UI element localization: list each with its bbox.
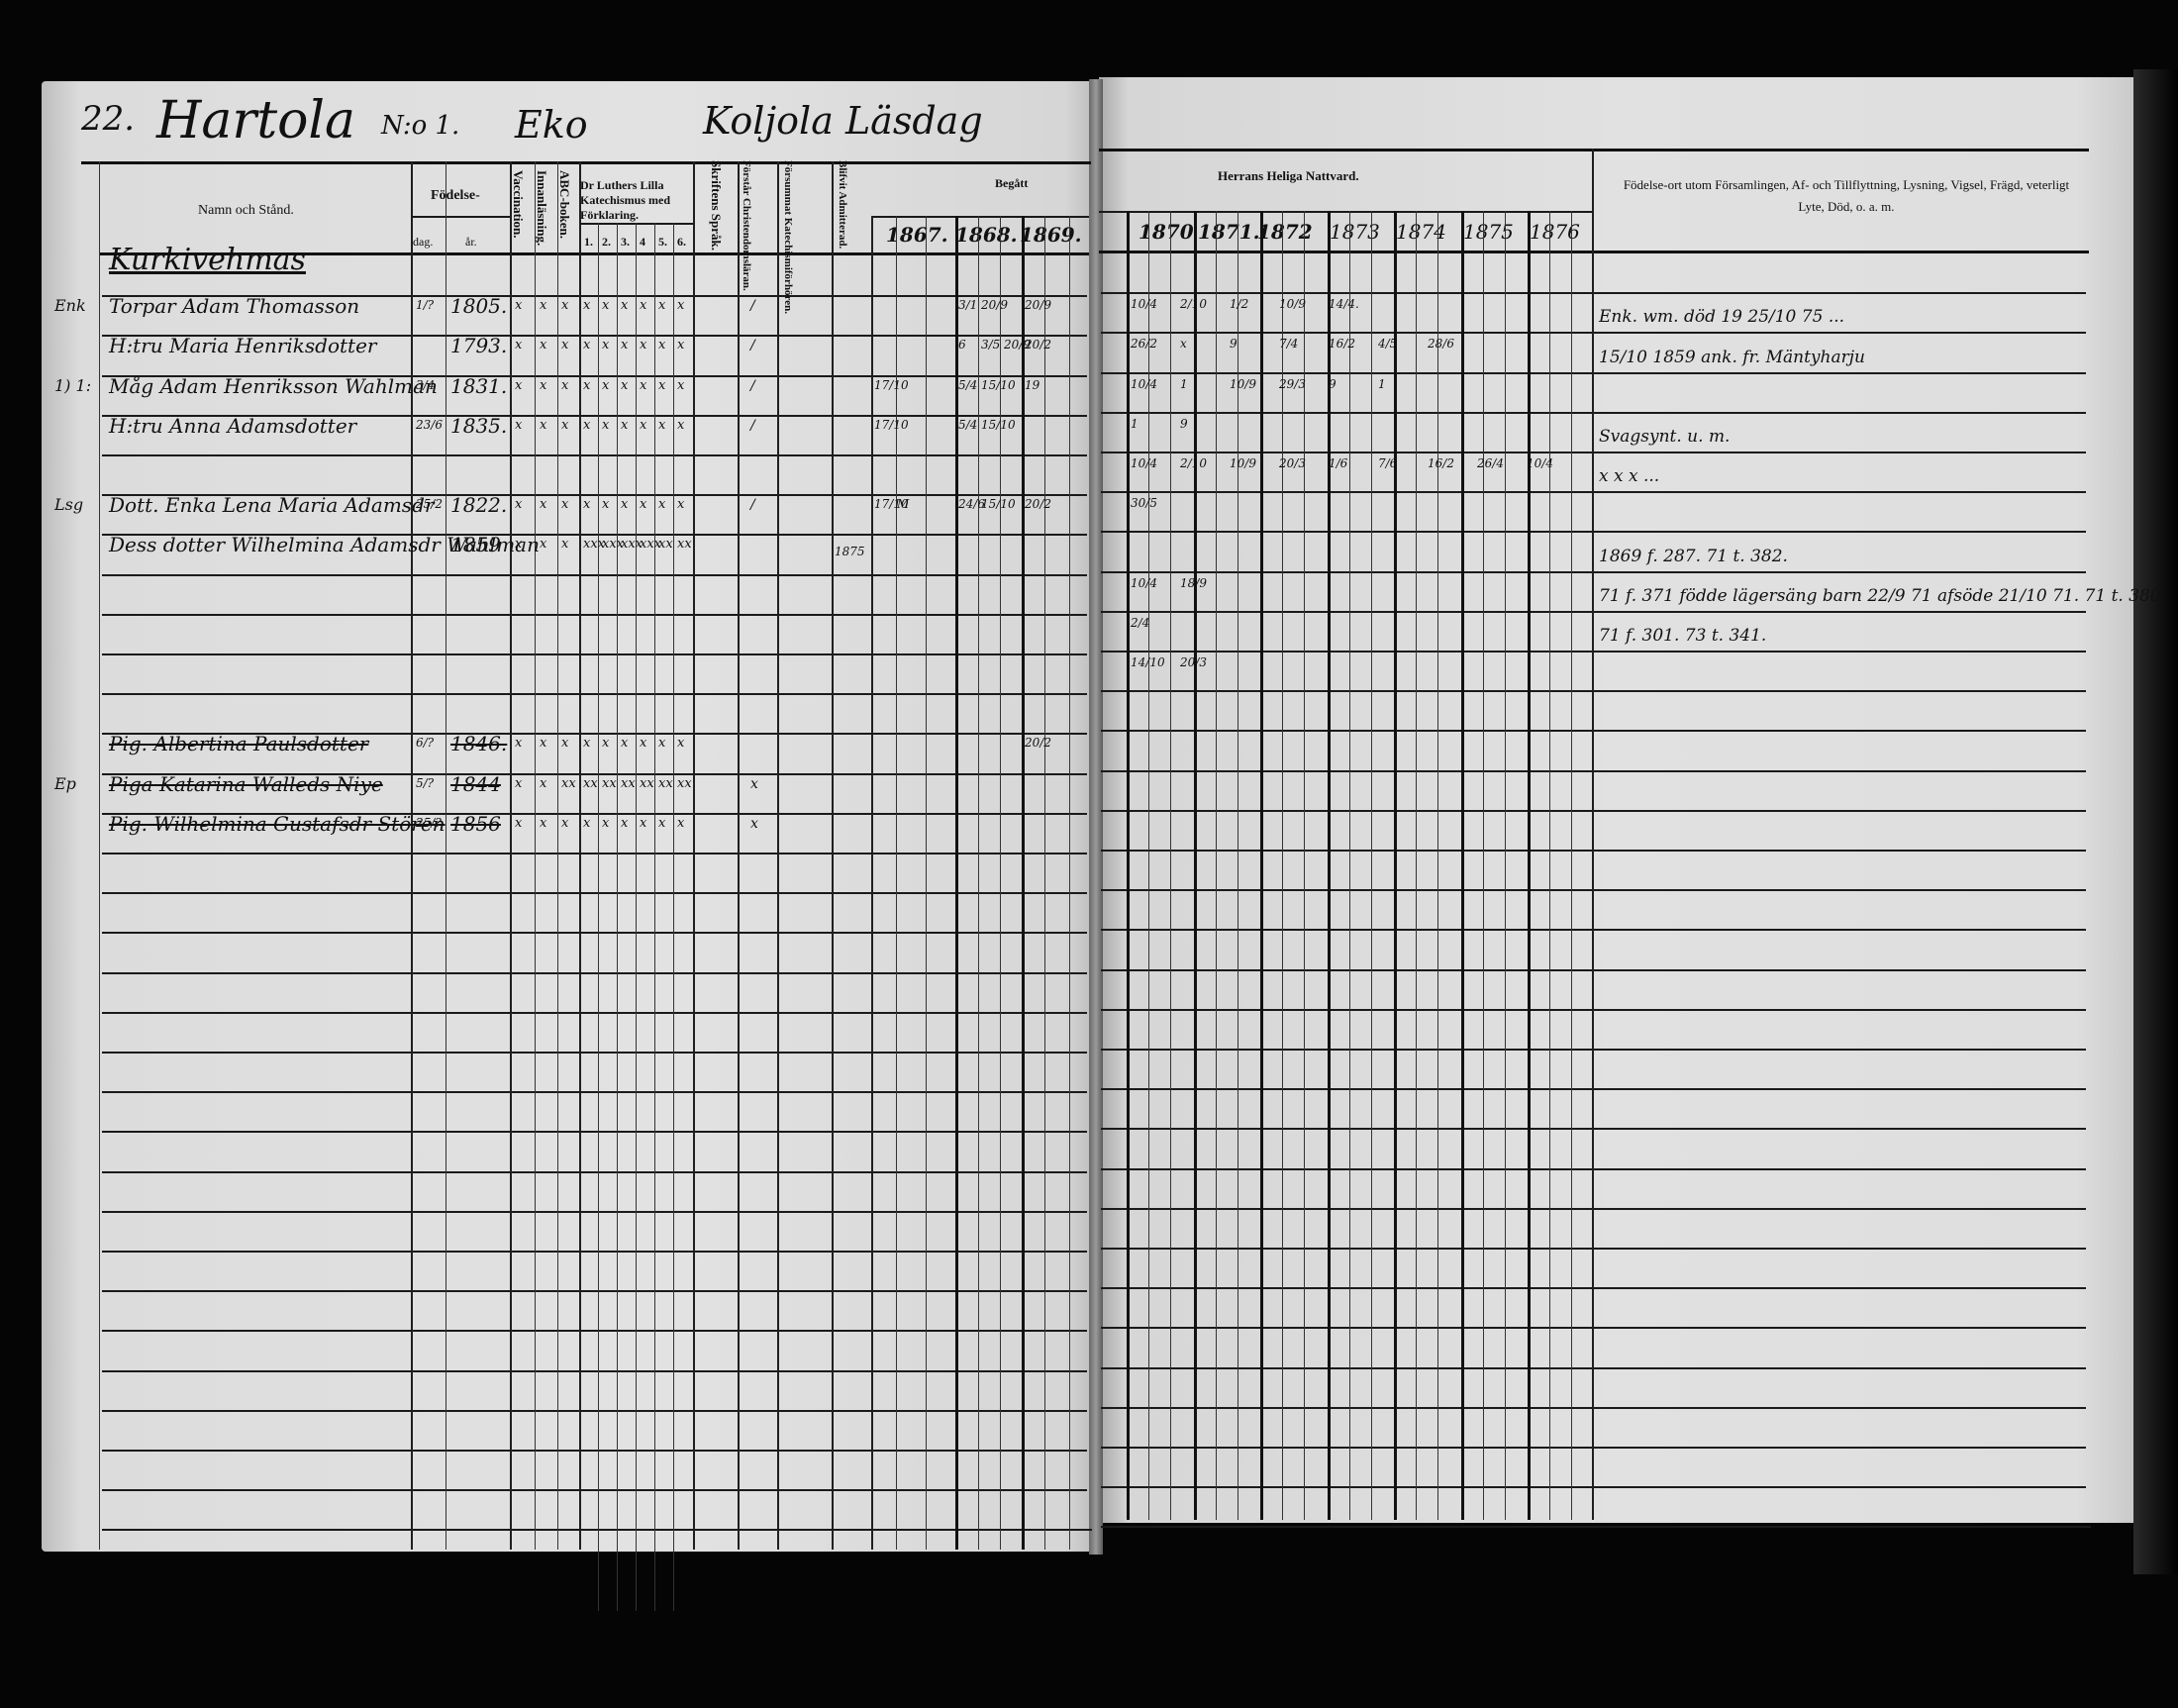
column-rule-right [1571,211,1572,1520]
column-begatt: Begått [995,176,1028,191]
birth-day: 5/? [416,776,434,790]
column-rule-left [738,161,740,1550]
column-rule-left [99,161,100,1550]
column-rule-right [1304,211,1305,1520]
exam-mark: xx [658,537,673,552]
communion-date: 20/2 [1025,497,1051,511]
communion-date: 2/4 [1131,616,1149,630]
exam-mark: xx [621,776,636,791]
person-name: Torpar Adam Thomasson [109,294,359,318]
catechism-part-6: 6. [677,235,686,250]
column-rule-left [535,161,536,1550]
understanding-mark: / [750,338,755,353]
person-name: Pig. Albertina Paulsdotter [109,732,368,755]
birth-year: 1835. [450,414,507,438]
chapel-name: Koljola Läsdag [703,99,983,143]
column-rule-right [1505,211,1506,1520]
communion-date: 2/10 [1180,456,1207,470]
communion-date: 10/4 [1131,377,1157,391]
exam-mark: x [540,816,546,831]
exam-mark: x [602,497,609,512]
row-rule-left [102,892,1087,894]
communion-date: 20/2 [1025,338,1051,352]
communion-date: 10/4 [1131,576,1157,590]
birth-year: 1859 [450,533,501,556]
row-rule-left [102,853,1087,854]
column-vaccination: Vaccination. [511,170,525,250]
year-rule-left [871,216,1089,218]
communion-date: 9 [1329,377,1336,391]
communion-date: M [897,497,909,511]
communion-date: 19 [1025,378,1039,392]
book-spine [1089,79,1103,1555]
column-rule-left [978,216,979,1550]
exam-mark: x [640,378,646,393]
exam-mark: x [515,298,522,313]
birth-year: 1844 [450,772,501,796]
column-abc: ABC-boken. [557,170,571,250]
exam-mark: xx [640,776,654,791]
right-header-bottom-rule [1099,251,2089,253]
exam-mark: x [677,418,684,433]
column-birth-year: år. [465,235,477,250]
exam-mark: x [515,378,522,393]
exam-mark: x [540,736,546,751]
column-rule-left [557,161,558,1550]
row-rule-left [102,1211,1087,1213]
column-rule-left [896,216,897,1550]
exam-mark: x [583,816,590,831]
exam-mark: x [677,338,684,352]
column-rule-left [871,216,873,1550]
person-name: H:tru Maria Henriksdotter [109,334,376,357]
exam-mark: x [540,338,546,352]
column-birth-header: Födelse- [431,188,480,204]
exam-mark: xx [561,776,576,791]
communion-date: 26/2 [1131,337,1157,351]
year-1876: 1876 [1530,220,1580,244]
birth-day: 6/? [416,736,434,750]
communion-date: 10/4 [1527,456,1553,470]
communion-date: 1 [1180,377,1188,391]
remark-entry: Svagsynt. u. m. [1599,427,1730,447]
exam-mark: x [583,338,590,352]
column-rule-right [1260,211,1263,1520]
column-innanlasning: Innanläsning. [535,170,548,250]
communion-date: 3/1 [958,298,977,312]
communion-date: 7/6 [1378,456,1397,470]
column-rule-right [1549,211,1550,1520]
exam-mark: x [540,418,546,433]
understanding-mark: / [750,298,755,314]
exam-mark: x [658,338,665,352]
exam-mark: x [515,418,522,433]
row-rule-left [102,614,1087,616]
exam-mark: x [561,298,568,313]
communion-date: 7/4 [1279,337,1298,351]
exam-mark: x [583,736,590,751]
birth-day: 25/2 [416,497,443,511]
person-name: Måg Adam Henriksson Wahlman [109,374,438,398]
column-rule-left [1000,216,1001,1550]
column-rule-left [579,161,581,1550]
row-rule-left [102,1529,1092,1531]
margin-note: 1) 1: [54,376,91,395]
column-rule-left [1022,216,1025,1550]
exam-mark: x [621,418,628,433]
exam-mark: xx [658,776,673,791]
row-rule-left [102,1012,1087,1014]
communion-date: 20/3 [1180,655,1207,669]
row-rule-left [102,1052,1087,1054]
exam-mark: x [540,537,546,552]
column-rule-right [1592,149,1594,1520]
column-name-header: Namn och Stånd. [198,203,294,219]
communion-date: 5/4 [958,418,977,432]
row-rule-left [102,1330,1087,1332]
column-rule-left [1069,216,1070,1550]
remark-entry: 71 f. 301. 73 t. 341. [1599,626,1766,646]
column-rule-left [510,161,512,1550]
column-rule-left [617,223,618,1611]
column-rule-left [673,223,674,1611]
communion-date: 17/10 [874,418,909,432]
exam-mark: x [561,497,568,512]
exam-mark: x [640,816,646,831]
column-rule-right [1394,211,1397,1520]
person-name: Pig. Wilhelmina Gustafsdr Stören [109,812,445,836]
exam-mark: x [658,816,665,831]
row-rule-left [102,1290,1087,1292]
communion-date: 14/4. [1329,297,1359,311]
margin-note: Ep [54,774,76,793]
communion-date: 30/5 [1131,496,1157,510]
exam-mark: x [621,816,628,831]
column-rule-right [1371,211,1372,1520]
row-rule-left [102,1171,1087,1173]
communion-date: 9 [1230,337,1237,351]
header-top-rule [81,161,1091,164]
column-skrift: Skriftens Språk. [709,160,723,251]
column-rule-left [411,161,413,1550]
column-rule-left [445,161,446,1550]
book-edge [2133,69,2178,1574]
row-rule-left [102,1410,1087,1412]
column-admitterad: Blifvit Admitterad. [837,160,848,251]
birth-day: 25/? [416,816,442,830]
column-rule-left [832,161,834,1550]
birth-rule [411,216,510,218]
exam-mark: x [561,378,568,393]
exam-mark: x [515,537,522,552]
remark-entry: 15/10 1859 ank. fr. Mäntyharju [1599,348,1865,367]
village-name: Hartola [156,91,355,151]
person-name: Piga Katarina Walleds Niye [109,772,383,796]
communion-date: 4/5 [1378,337,1397,351]
exam-mark: x [658,418,665,433]
communion-date: 20/9 [981,298,1008,312]
year-1874: 1874 [1396,220,1446,244]
person-name: H:tru Anna Adamsdotter [109,414,356,438]
exam-mark: x [515,497,522,512]
exam-mark: x [583,378,590,393]
exam-mark: x [621,497,628,512]
person-name: Dott. Enka Lena Maria Adamsdr [109,493,434,517]
exam-mark: x [640,338,646,352]
exam-mark: x [640,736,646,751]
communion-date: 5/4 [958,378,977,392]
birth-year: 1831. [450,374,507,398]
birth-day: 1/? [416,298,434,312]
catechism-part-3: 3. [621,235,630,250]
birth-year: 1856 [450,812,501,836]
year-1868: 1868. [955,223,1018,247]
exam-mark: x [677,736,684,751]
column-rule-right [1127,211,1130,1520]
exam-mark: x [602,736,609,751]
exam-mark: x [561,816,568,831]
remark-entry: 71 f. 371 födde lägersäng barn 22/9 71 a… [1599,586,2166,606]
exam-mark: x [640,497,646,512]
column-forstar: Förstår Christendomsläran. [741,160,752,251]
exam-mark: x [602,418,609,433]
exam-mark: x [658,378,665,393]
page-number: 22. [81,99,135,139]
exam-mark: x [640,298,646,313]
communion-date: 18/9 [1180,576,1207,590]
communion-date: 20/3 [1279,456,1306,470]
farm-name: Eko [515,103,588,147]
exam-mark: x [677,497,684,512]
row-rule-left [102,1489,1087,1491]
column-rule-right [1483,211,1484,1520]
year-1871: 1871. [1198,220,1260,244]
column-rule-right [1328,211,1331,1520]
column-rule-left [926,216,927,1550]
exam-mark: xx [602,776,617,791]
exam-mark: x [515,816,522,831]
communion-date: 1/6 [1329,456,1347,470]
communion-date: 1/2 [1230,297,1248,311]
remark-entry: x x x ... [1599,466,1659,486]
communion-date: 9 [1180,417,1188,431]
right-page [1099,77,2138,1523]
communion-date: 16/2 [1428,456,1454,470]
communion-date: 15/10 [981,418,1016,432]
exam-mark: x [677,298,684,313]
right-year-rule [1099,211,1594,213]
communion-date: 20/2 [1025,736,1051,750]
margin-note: Enk [54,296,86,315]
column-rule-right [1237,211,1238,1520]
column-rule-left [777,161,779,1550]
row-rule-left [102,1251,1087,1253]
column-rule-left [693,161,695,1550]
section-label: Kurkivehmas [109,243,306,277]
exam-mark: xx [583,776,598,791]
exam-mark: x [621,338,628,352]
communion-date: 10/4 [1131,297,1157,311]
communion-header: Herrans Heliga Nattvard. [1218,168,1359,184]
row-rule-left [102,1370,1087,1372]
year-1873: 1873 [1330,220,1380,244]
exam-mark: x [561,338,568,352]
year-1869: 1869. [1020,223,1082,247]
column-birth-day: dag. [413,235,433,250]
birth-year: 1793. [450,334,507,357]
communion-date: 14/10 [1131,655,1165,669]
column-forsummat: Försummat Katechismiförhören. [782,160,794,251]
exam-mark: xx [677,776,692,791]
exam-mark: x [540,776,546,791]
exam-mark: x [515,776,522,791]
column-rule-right [1416,211,1417,1520]
exam-mark: x [540,298,546,313]
communion-date: 10/9 [1230,377,1256,391]
row-rule-left [102,693,1087,695]
row-rule-left [102,574,1087,576]
column-catechism-header: Dr Luthers Lilla Katechismus med Förklar… [580,178,694,223]
understanding-mark: / [750,418,755,434]
understanding-mark: x [750,776,758,792]
exam-mark: x [621,298,628,313]
exam-mark: x [583,298,590,313]
communion-date: 28/6 [1428,337,1454,351]
year-1875: 1875 [1463,220,1514,244]
column-rule-right [1216,211,1217,1520]
admitted-year: 1875 [835,545,865,558]
column-rule-right [1437,211,1438,1520]
exam-mark: x [540,378,546,393]
column-rule-left [598,223,599,1611]
catechism-part-1: 1. [584,235,593,250]
communion-date: 10/9 [1279,297,1306,311]
exam-mark: x [658,736,665,751]
exam-mark: x [658,497,665,512]
exam-mark: x [515,338,522,352]
birth-year: 1846. [450,732,507,755]
column-rule-left [654,223,655,1611]
column-rule-left [1044,216,1045,1550]
row-rule-left [102,932,1087,934]
exam-mark: x [621,378,628,393]
row-rule-left [102,653,1087,655]
communion-date: 26/4 [1477,456,1504,470]
exam-mark: xx [677,537,692,552]
row-rule-left [102,972,1087,974]
exam-mark: x [561,418,568,433]
exam-mark: x [640,418,646,433]
communion-date: 16/2 [1329,337,1355,351]
row-rule-right [1101,1526,2091,1528]
exam-mark: x [602,298,609,313]
exam-mark: x [602,816,609,831]
row-rule-left [102,1091,1087,1093]
year-1870: 1870 [1138,220,1194,244]
communion-date: 6 [958,338,966,352]
communion-date: 15/10 [981,378,1016,392]
column-rule-right [1194,211,1197,1520]
understanding-mark: / [750,378,755,394]
birth-year: 1822. [450,493,507,517]
exam-mark: x [583,418,590,433]
exam-mark: x [602,378,609,393]
exam-mark: x [677,816,684,831]
column-rule-right [1148,211,1149,1520]
communion-date: 20/9 [1025,298,1051,312]
remark-entry: 1869 f. 287. 71 t. 382. [1599,547,1788,566]
exam-mark: x [540,497,546,512]
exam-mark: x [677,378,684,393]
exam-mark: x [583,497,590,512]
communion-date: 10/4 [1131,456,1157,470]
catechism-part-5: 5. [658,235,667,250]
understanding-mark: / [750,497,755,513]
remark-entry: Enk. wm. död 19 25/10 75 ... [1599,307,1844,327]
row-rule-left [102,1131,1087,1133]
communion-date: 29/3 [1279,377,1306,391]
exam-mark: x [515,736,522,751]
row-rule-left [102,454,1087,456]
communion-date: 1 [1131,417,1138,431]
column-rule-right [1170,211,1171,1520]
communion-date: 1 [1378,377,1386,391]
margin-note: Lsg [54,495,83,514]
communion-date: 10/9 [1230,456,1256,470]
communion-date: 15/10 [981,497,1016,511]
exam-mark: x [621,736,628,751]
row-rule-left [102,1450,1087,1452]
understanding-mark: x [750,816,758,832]
column-rule-right [1461,211,1464,1520]
exam-mark: x [561,537,568,552]
communion-date: 17/10 [874,378,909,392]
birth-day: 3/4 [416,378,435,392]
exam-mark: x [658,298,665,313]
remarks-header: Födelse-ort utom Församlingen, Af- och T… [1619,174,2074,218]
exam-mark: x [561,736,568,751]
column-rule-right [1282,211,1283,1520]
house-number: N:o 1. [381,111,459,141]
column-rule-right [1349,211,1350,1520]
communion-date: 2/10 [1180,297,1207,311]
exam-mark: x [602,338,609,352]
communion-date: 3/5 [981,338,1000,352]
birth-day: 23/6 [416,418,443,432]
catechism-part-4: 4 [640,235,645,250]
communion-date: x [1180,337,1187,351]
column-rule-left [636,223,637,1611]
right-header-top-rule [1099,149,2089,151]
catechism-part-2: 2. [602,235,611,250]
birth-year: 1805. [450,294,507,318]
column-rule-left [955,216,958,1550]
column-rule-right [1528,211,1531,1520]
